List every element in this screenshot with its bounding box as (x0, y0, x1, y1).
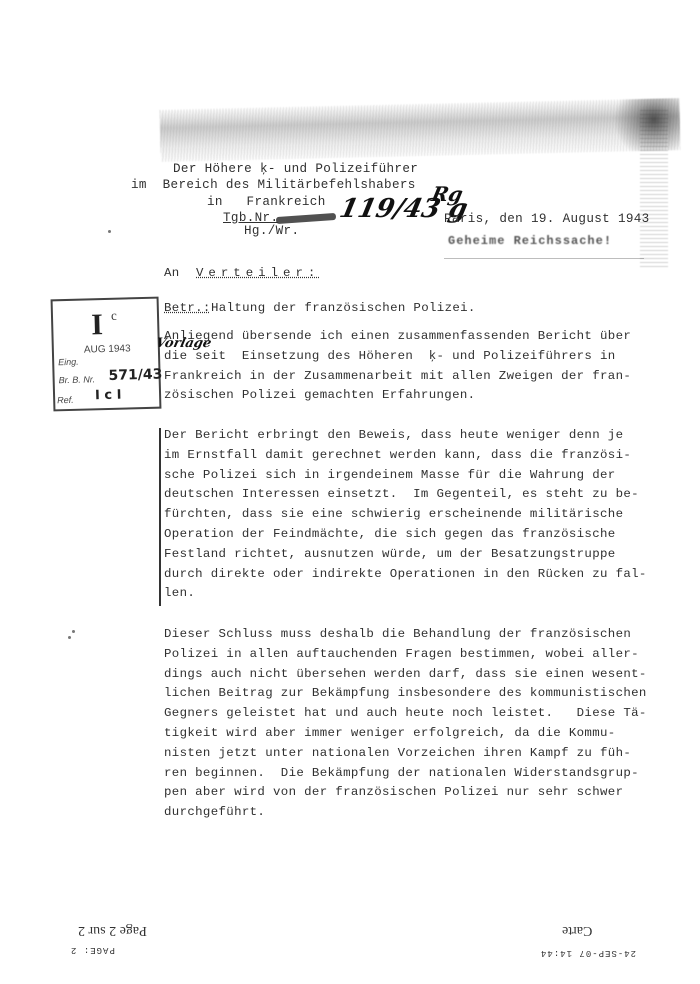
subject-label: Betr.: (164, 301, 211, 315)
stamp-brb-label: Br. B. Nr. (59, 374, 96, 385)
body-line: deutschen Interessen einsetzt. Im Gegent… (164, 487, 639, 501)
subject-text: Haltung der französischen Polizei. (211, 301, 476, 315)
margin-mark-line (159, 428, 161, 606)
letterhead-line-1: Der Höhere ķ- und Polizeiführer (173, 162, 418, 176)
stamp-marginal-label: Ref. (57, 395, 74, 405)
stamp-brb-value: 571/43 (108, 367, 162, 384)
body-line: Dieser Schluss muss deshalb die Behandlu… (164, 627, 631, 641)
body-line: durchgeführt. (164, 805, 265, 819)
body-line: Der Bericht erbringt den Beweis, dass he… (164, 428, 623, 442)
letterhead-line-2: im Bereich des Militärbefehlshabers (131, 178, 416, 192)
body-line: tigkeit wird aber immer weniger erfolgre… (164, 726, 616, 740)
struck-out-number (276, 213, 336, 224)
tgb-number-label: Tgb.Nr. (223, 211, 278, 225)
stamp-section: I (91, 308, 104, 342)
divider-line (444, 258, 644, 259)
body-line: len. (164, 586, 195, 600)
body-line: lichen Beitrag zur Bekämpfung insbesonde… (164, 686, 647, 700)
fax-page-label: Page 2 sur 2 (78, 922, 147, 938)
body-line: Anliegend übersende ich einen zusammenfa… (164, 329, 631, 343)
fax-page-code: PAGE: 2 (70, 945, 115, 955)
stamp-eing-label: Eing. (58, 357, 79, 368)
fax-sender: Carte (562, 922, 592, 938)
body-line: fürchten, dass sie eine schwierig ersche… (164, 507, 623, 521)
place-and-date: Paris, den 19. August 1943 (444, 212, 650, 226)
scan-speck (68, 636, 71, 639)
body-line: pen aber wird von der französischen Poli… (164, 785, 623, 799)
reference-line: Hg./Wr. (244, 224, 299, 238)
body-line: durch direkte oder indirekte Operationen… (164, 567, 647, 581)
body-line: Frankreich in der Zusammenarbeit mit all… (164, 369, 631, 383)
addressee-prefix: An (164, 266, 180, 280)
stamp-marginal-value: I c I (95, 388, 122, 404)
body-line: zösischen Polizei gemachten Erfahrungen. (164, 388, 475, 402)
stamp-section-sup: c (111, 308, 117, 324)
scan-speck (72, 630, 75, 633)
scanned-document-page: Der Höhere ķ- und Polizeiführer im Berei… (0, 0, 700, 984)
body-line: Operation der Feindmächte, die sich gege… (164, 527, 616, 541)
body-line: Polizei in allen auftauchenden Fragen be… (164, 647, 639, 661)
body-line: dings auch nicht übersehen werden darf, … (164, 667, 647, 681)
body-line: ren beginnen. Die Bekämpfung der nationa… (164, 766, 639, 780)
body-line: Festland richtet, ausnutzen würde, um de… (164, 547, 616, 561)
body-line: im Ernstfall damit gerechnet werden kann… (164, 448, 631, 462)
classification-mark: Geheime Reichssache! (448, 234, 612, 248)
addressee-label: Verteiler: (196, 266, 320, 280)
body-line: nisten jetzt unter nationalen Vorzeichen… (164, 746, 631, 760)
scan-speck (108, 230, 111, 233)
body-line: sche Polizei sich in irgendeinem Masse f… (164, 468, 616, 482)
stamp-date: AUG 1943 (84, 343, 131, 355)
letterhead-line-3: in Frankreich (207, 195, 326, 209)
photocopy-noise-right (640, 110, 668, 270)
fax-timestamp: 24-SEP-07 14:44 (540, 948, 636, 958)
receipt-stamp: I c AUG 1943 Eing. Br. B. Nr. 571/43 Ref… (51, 297, 162, 412)
handwritten-initials: Rg (429, 182, 465, 206)
body-line: Gegners geleistet hat und auch heute noc… (164, 706, 647, 720)
photocopy-noise-top (159, 98, 680, 162)
body-line: die seit Einsetzung des Höheren ķ- und P… (164, 349, 616, 363)
